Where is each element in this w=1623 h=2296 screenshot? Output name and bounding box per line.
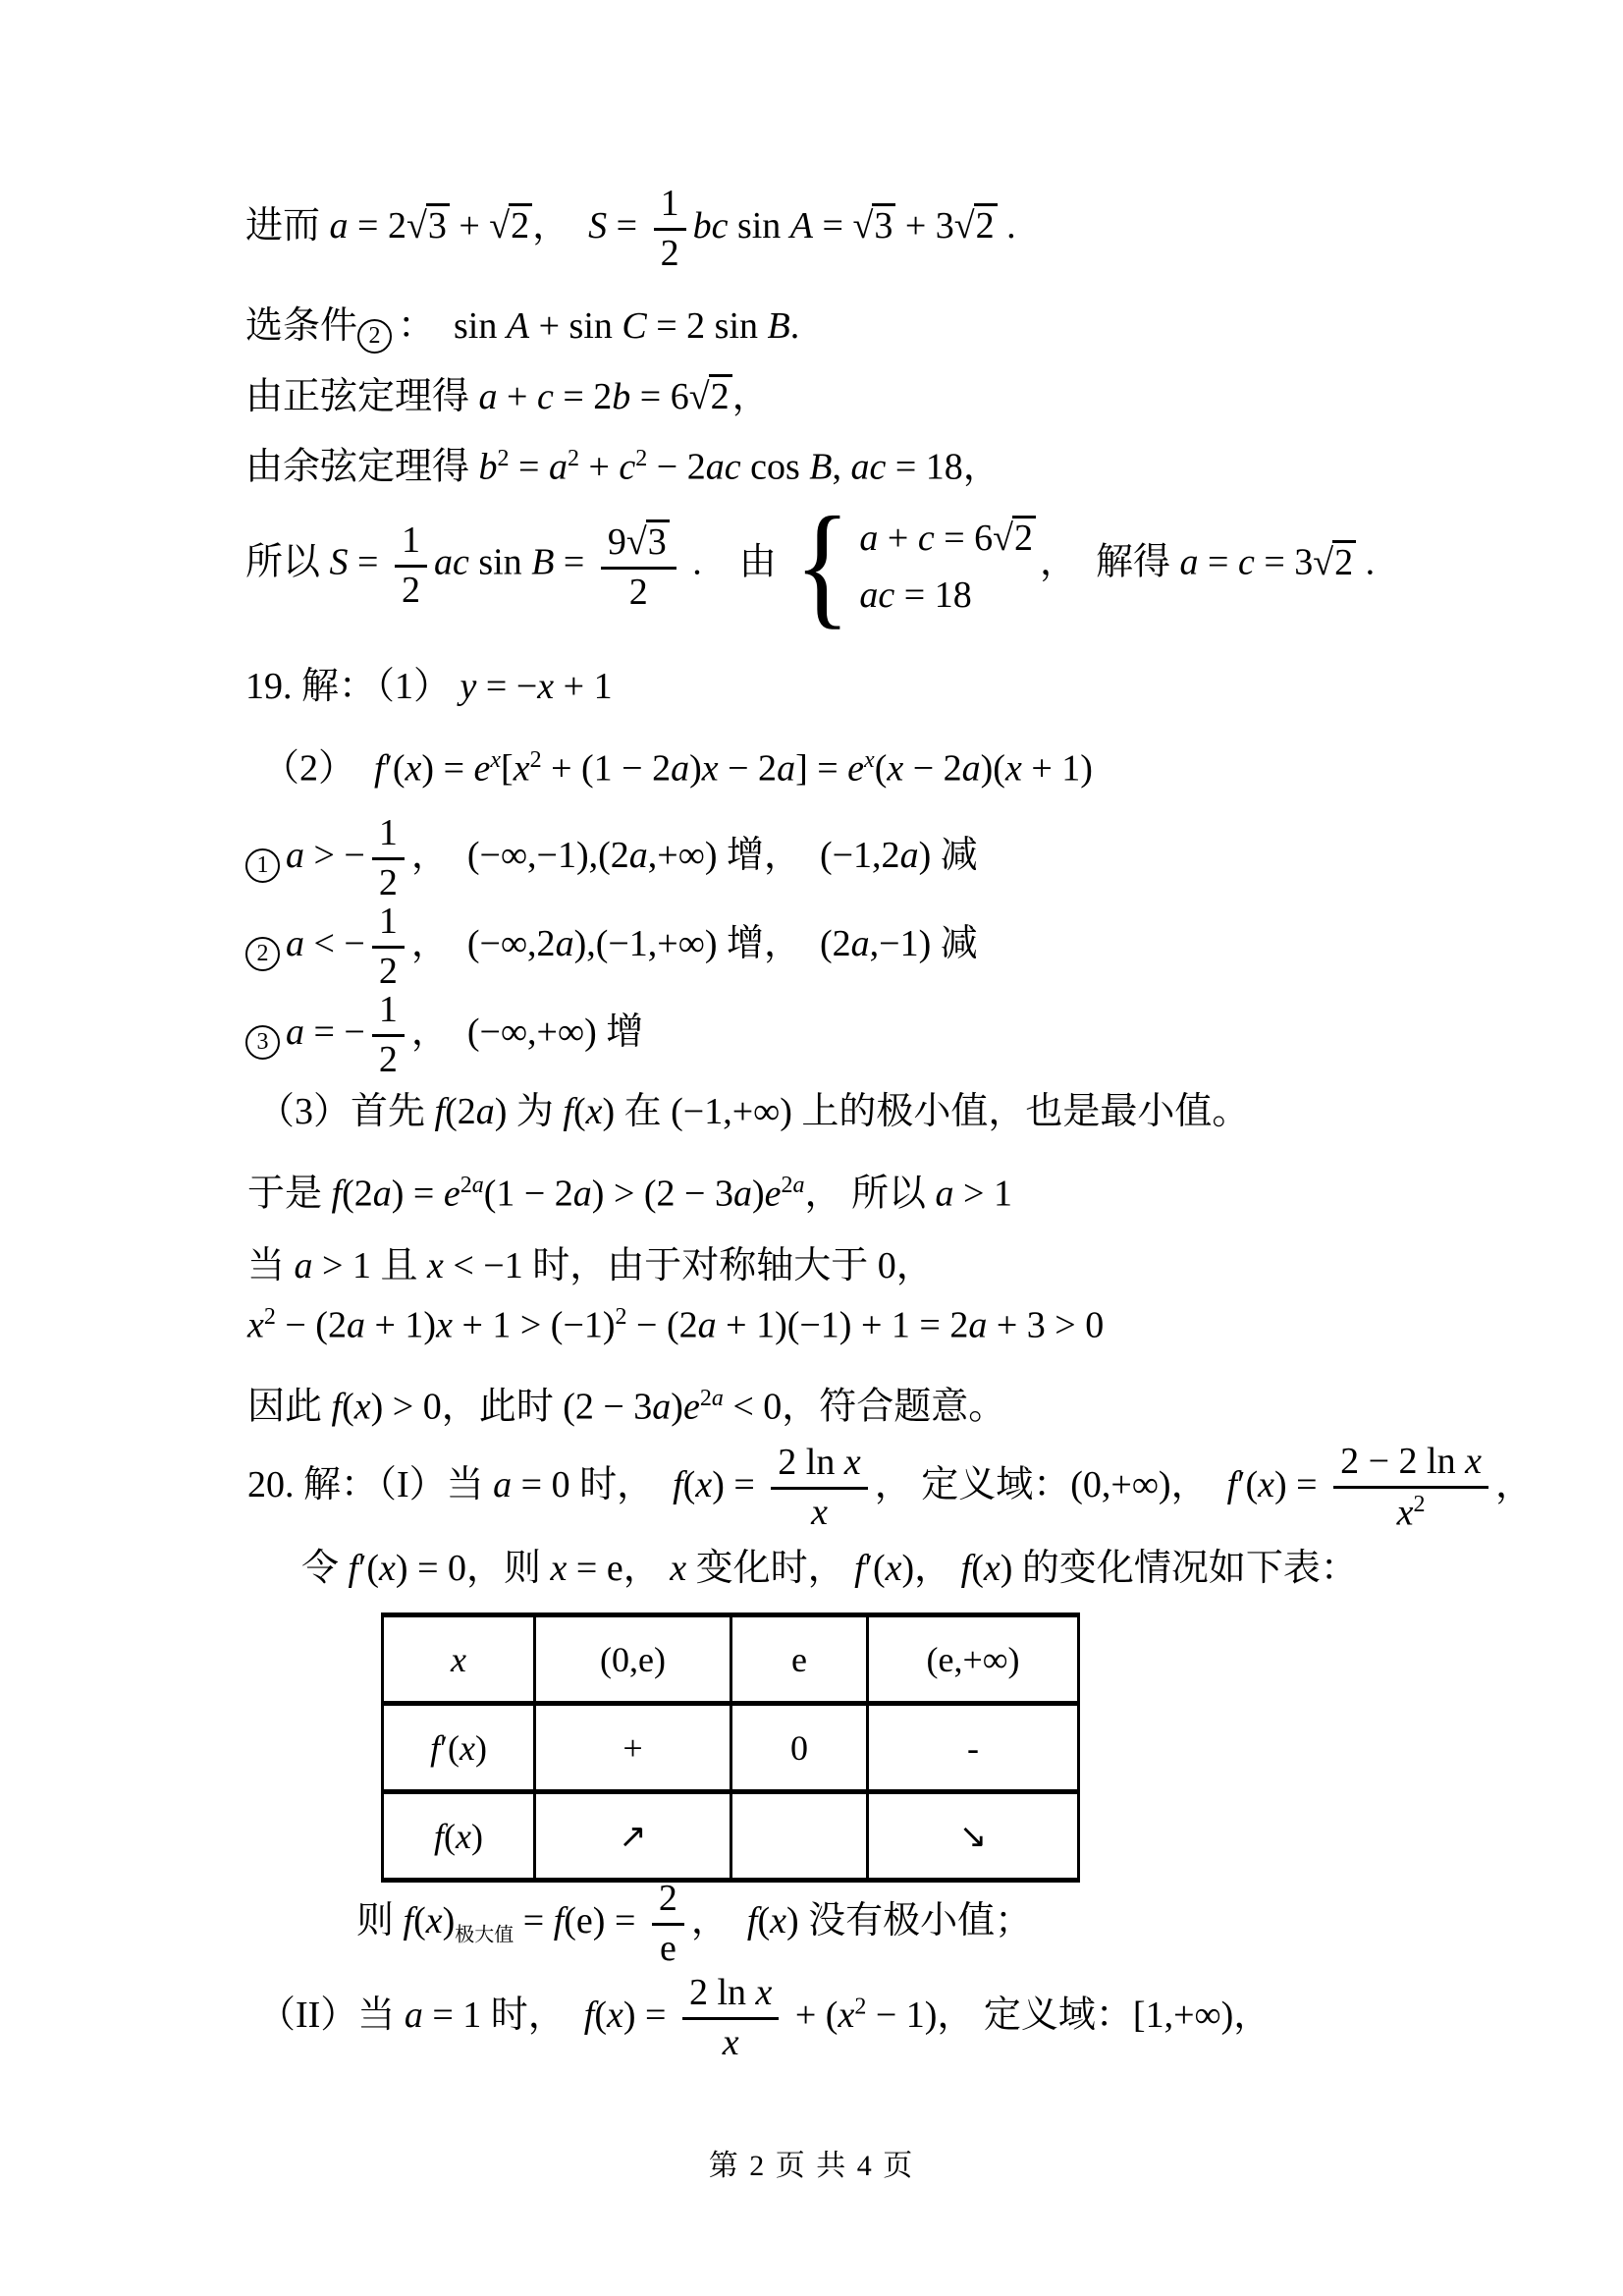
solution-line-15: 因此 f(x) > 0，此时 (2 − 3a)e2a < 0，符合题意。 bbox=[247, 1384, 1005, 1431]
math-text: ) bbox=[752, 1174, 765, 1215]
math-text: 2 bbox=[629, 572, 648, 613]
fraction-denominator: e bbox=[660, 1926, 676, 1969]
math-variable: e bbox=[444, 1174, 460, 1215]
math-text: = bbox=[607, 205, 646, 246]
math-text: + 3 > 0 bbox=[987, 1305, 1104, 1346]
fraction-denominator: 2 bbox=[379, 860, 398, 903]
math-text: = e， bbox=[567, 1548, 670, 1589]
fraction-numerator: 2 bbox=[652, 1880, 684, 1926]
math-text: 由余弦定理得 bbox=[245, 447, 479, 488]
math-text: (0,+∞) bbox=[1070, 1464, 1170, 1505]
math-text: = 6 bbox=[935, 518, 993, 559]
fraction: 12 bbox=[372, 814, 405, 903]
math-text: 2 ln bbox=[778, 1442, 844, 1483]
math-variable: a bbox=[476, 1091, 495, 1132]
math-text: 2 bbox=[976, 205, 995, 246]
math-superscript: 2 bbox=[568, 446, 579, 471]
math-variable: x bbox=[864, 747, 875, 773]
solution-line-12: 于是 f(2a) = e2a(1 − 2a) > (2 − 3a)e2a， 所以… bbox=[247, 1171, 1012, 1218]
circled-number: 2 bbox=[245, 937, 280, 971]
math-superscript: 2 bbox=[530, 747, 542, 773]
math-text: − 2 bbox=[647, 447, 705, 488]
solution-line-9-case-2: 2a < −12， (−∞,2a),(−1,+∞) 增， (2a,−1) 减 bbox=[245, 902, 978, 992]
math-variable: x bbox=[354, 1387, 371, 1428]
math-text: )( bbox=[981, 748, 1005, 790]
math-text: + sin bbox=[529, 305, 622, 347]
math-text: − 1)， 定义域：[1,+∞)， bbox=[866, 1995, 1271, 2036]
math-text: - bbox=[967, 1728, 979, 1768]
math-variable: f bbox=[563, 1091, 573, 1132]
math-variable: f bbox=[435, 1091, 446, 1132]
math-variable: x bbox=[586, 1091, 603, 1132]
fraction-denominator: 2 bbox=[661, 231, 679, 274]
solution-line-8-case-1: 1a > −12， (−∞,−1),(2a,+∞) 增， (−1,2a) 减 bbox=[245, 814, 978, 903]
math-text: 2 bbox=[782, 1173, 793, 1198]
math-text: 2 bbox=[700, 1386, 712, 1411]
math-text: 2 bbox=[854, 1994, 866, 2019]
math-text: ， 解得 bbox=[1040, 542, 1180, 583]
math-text: ) > (2 − 3 bbox=[592, 1174, 733, 1215]
math-variable: x bbox=[702, 748, 719, 790]
math-variable: a bbox=[472, 1173, 484, 1198]
table-cell-empty bbox=[731, 1792, 868, 1881]
math-variable: x bbox=[456, 1817, 471, 1856]
math-text: 2 bbox=[1334, 542, 1353, 583]
math-variable: ac bbox=[859, 574, 894, 616]
fraction-numerator: 2 ln x bbox=[682, 1974, 779, 2020]
math-text: ( bbox=[875, 748, 888, 790]
radicand: 2 bbox=[1332, 540, 1356, 583]
math-text: 2 bbox=[1014, 518, 1033, 559]
math-text: sin bbox=[469, 542, 531, 583]
math-text: (2 bbox=[445, 1091, 476, 1132]
math-variable: f bbox=[1227, 1464, 1238, 1505]
math-variable: x bbox=[1397, 1493, 1414, 1534]
math-variable: A bbox=[790, 205, 813, 246]
math-variable: x bbox=[756, 1972, 773, 2013]
radicand: 3 bbox=[646, 519, 670, 563]
math-text: 3 bbox=[874, 205, 893, 246]
math-text: < 0，符合题意。 bbox=[724, 1387, 1005, 1428]
math-text: ( bbox=[683, 1464, 696, 1505]
page-number-label: 第 2 页 共 4 页 bbox=[709, 2150, 915, 2182]
exam-solution-page: 进而 a = 2√3 + √2， S = 12bc sin A = √3 + 3… bbox=[0, 0, 1623, 2296]
math-variable: x bbox=[984, 1548, 1001, 1589]
fraction: 2 ln xx bbox=[771, 1444, 867, 1533]
math-text: 2 bbox=[1413, 1492, 1425, 1517]
math-text: . bbox=[1356, 542, 1375, 583]
square-root: √3 bbox=[852, 203, 895, 246]
math-text: ， 所以 bbox=[805, 1174, 936, 1215]
radical-sign-icon: √ bbox=[689, 378, 710, 415]
math-text: 令 bbox=[301, 1548, 349, 1589]
math-text: 极大值 bbox=[455, 1925, 514, 1946]
math-text: = bbox=[510, 447, 549, 488]
square-root: √2 bbox=[489, 203, 532, 246]
math-text: + bbox=[622, 1728, 642, 1768]
solution-line-18: 则 f(x)极大值 = f(e) = 2e， f(x) 没有极小值； bbox=[356, 1880, 1032, 1969]
fraction-denominator: x bbox=[811, 1490, 828, 1533]
fraction: 9√32 bbox=[601, 519, 676, 613]
math-variable: a bbox=[936, 1174, 954, 1215]
square-root: √2 bbox=[689, 374, 732, 417]
math-variable: a bbox=[962, 748, 981, 790]
math-subscript: 极大值 bbox=[455, 1925, 514, 1946]
math-text: + 1)(−1) + 1 = 2 bbox=[717, 1305, 969, 1346]
math-text: ( bbox=[971, 1548, 984, 1589]
math-text: + bbox=[498, 376, 537, 417]
math-variable: a bbox=[859, 518, 878, 559]
math-text: ， 定义域： bbox=[875, 1464, 1071, 1505]
math-text: 3 bbox=[428, 205, 447, 246]
radical-sign-icon: √ bbox=[626, 523, 647, 561]
math-text: sin bbox=[728, 205, 789, 246]
math-text: 2 bbox=[661, 233, 679, 274]
math-superscript: 2a bbox=[782, 1173, 805, 1198]
math-text: 9 bbox=[608, 521, 626, 563]
math-text: − (2 bbox=[627, 1305, 698, 1346]
solution-line-1: 进而 a = 2√3 + √2， S = 12bc sin A = √3 + 3… bbox=[245, 185, 1016, 274]
circled-number: 2 bbox=[357, 319, 392, 354]
math-variable: x bbox=[379, 1548, 396, 1589]
solution-line-6-problem-19: 19. 解：（1） y = −x + 1 bbox=[245, 664, 613, 711]
solution-line-4: 由余弦定理得 b2 = a2 + c2 − 2ac cos B, ac = 18… bbox=[245, 444, 1001, 491]
fraction: 2 − 2 ln xx2 bbox=[1333, 1443, 1488, 1533]
radical-sign-icon: √ bbox=[489, 207, 510, 245]
math-variable: ac bbox=[434, 542, 469, 583]
math-variable: a bbox=[347, 1305, 365, 1346]
math-text: ) 减 bbox=[919, 835, 978, 876]
math-text: ) = bbox=[623, 1995, 676, 2036]
math-text: 所以 bbox=[245, 542, 330, 583]
math-variable: x bbox=[1465, 1441, 1482, 1482]
fraction: 12 bbox=[395, 521, 427, 611]
math-text: < − bbox=[304, 923, 365, 964]
math-text: )， bbox=[902, 1548, 961, 1589]
math-variable: c bbox=[537, 376, 554, 417]
math-variable: f bbox=[961, 1548, 972, 1589]
math-text: ) = bbox=[1274, 1464, 1326, 1505]
math-text: 2 bbox=[379, 951, 398, 992]
math-variable: x bbox=[490, 747, 501, 773]
math-text: > 1 bbox=[954, 1174, 1012, 1215]
math-text: 由正弦定理得 bbox=[245, 376, 479, 417]
math-variable: f bbox=[404, 1900, 414, 1941]
math-text: > − bbox=[304, 835, 365, 876]
table-cell-sign-plus: + bbox=[535, 1704, 731, 1792]
math-variable: x bbox=[607, 1995, 623, 2036]
math-variable: e bbox=[847, 748, 864, 790]
fraction-numerator: 9√3 bbox=[601, 519, 676, 570]
math-text: ) = bbox=[421, 748, 473, 790]
square-root: √3 bbox=[406, 203, 450, 246]
math-text: + ( bbox=[785, 1995, 838, 2036]
math-variable: a bbox=[286, 923, 304, 964]
math-text: + (1 − 2 bbox=[542, 748, 672, 790]
math-variable: B bbox=[809, 447, 832, 488]
math-superscript: 2 bbox=[1413, 1492, 1425, 1517]
math-text: . bbox=[998, 205, 1016, 246]
math-text: 2 bbox=[616, 1304, 627, 1330]
math-variable: a bbox=[330, 205, 349, 246]
math-variable: f bbox=[747, 1900, 758, 1941]
solution-line-16-problem-20: 20. 解：（I）当 a = 0 时， f(x) = 2 ln xx， 定义域：… bbox=[247, 1443, 1533, 1533]
math-text: (e) = bbox=[564, 1900, 645, 1941]
math-text: ， (−∞,−1),(2 bbox=[411, 835, 629, 876]
fraction-denominator: x2 bbox=[1397, 1489, 1426, 1534]
math-text: ) 的变化情况如下表： bbox=[1001, 1548, 1358, 1589]
math-text: ) bbox=[689, 748, 702, 790]
math-variable: f bbox=[374, 748, 385, 790]
math-text: = bbox=[514, 1900, 553, 1941]
math-variable: a bbox=[286, 835, 304, 876]
math-variable: x bbox=[247, 1305, 264, 1346]
math-variable: x bbox=[451, 1640, 466, 1679]
math-text: . 由 bbox=[683, 542, 786, 583]
math-text: ,−1) 减 bbox=[870, 923, 978, 964]
math-text: ， bbox=[1495, 1464, 1533, 1505]
math-variable: x bbox=[426, 1900, 443, 1941]
radical-sign-icon: √ bbox=[993, 519, 1013, 557]
math-variable: c bbox=[619, 447, 635, 488]
circled-number: 1 bbox=[245, 848, 280, 883]
math-text: ) bbox=[475, 1728, 487, 1768]
math-variable: a bbox=[900, 835, 919, 876]
math-text: = 2 sin bbox=[647, 305, 768, 347]
math-text: + bbox=[450, 205, 489, 246]
math-variable: ac bbox=[850, 447, 886, 488]
math-text: ′( bbox=[865, 1548, 886, 1589]
math-variable: a bbox=[549, 447, 568, 488]
math-text: 变化时， bbox=[686, 1548, 854, 1589]
solution-line-19: （II）当 a = 1 时， f(x) = 2 ln xx + (x2 − 1)… bbox=[258, 1974, 1271, 2063]
square-root: √2 bbox=[1313, 540, 1356, 583]
math-variable: x bbox=[436, 1305, 453, 1346]
math-text: ) = 0，则 bbox=[396, 1548, 551, 1589]
math-variable: x bbox=[406, 748, 422, 790]
math-variable: f bbox=[554, 1900, 565, 1941]
table-cell-interval-2: (e,+∞) bbox=[868, 1615, 1079, 1704]
math-text: [ bbox=[501, 748, 514, 790]
math-text: 进而 bbox=[245, 205, 330, 246]
math-superscript: 2 bbox=[854, 1994, 866, 2019]
math-text: （2） bbox=[262, 748, 374, 790]
math-text: ) bbox=[443, 1900, 456, 1941]
math-text: = 2 bbox=[349, 205, 406, 246]
math-text: < −1 时，由于对称轴大于 0， bbox=[444, 1245, 934, 1286]
math-variable: a bbox=[295, 1245, 313, 1286]
fraction-numerator: 1 bbox=[372, 991, 405, 1037]
increase-arrow-icon: ↗ bbox=[535, 1792, 731, 1881]
math-text: ， bbox=[691, 1900, 747, 1941]
square-root: √2 bbox=[993, 516, 1036, 559]
math-variable: x bbox=[723, 2022, 739, 2063]
math-variable: S bbox=[588, 205, 607, 246]
math-text: (0,e) bbox=[600, 1640, 666, 1679]
math-variable: y bbox=[460, 666, 477, 707]
math-text: ,+∞) 增， (−1,2 bbox=[648, 835, 900, 876]
math-text: 则 bbox=[356, 1900, 404, 1941]
math-text: 1 bbox=[379, 901, 398, 942]
math-variable: b bbox=[612, 376, 630, 417]
math-text: ) 没有极小值； bbox=[786, 1900, 1032, 1941]
math-text: ： sin bbox=[398, 305, 507, 347]
math-superscript: 2a bbox=[460, 1173, 484, 1198]
math-variable: f bbox=[349, 1548, 359, 1589]
solution-line-2: 选条件2： sin A + sin C = 2 sin B. bbox=[245, 303, 799, 354]
math-variable: c bbox=[918, 518, 935, 559]
math-text: 2 − 2 ln bbox=[1340, 1441, 1465, 1482]
math-variable: x bbox=[838, 1995, 854, 2036]
math-text: ( bbox=[444, 1817, 456, 1856]
math-variable: a bbox=[493, 1464, 512, 1505]
fraction-numerator: 1 bbox=[395, 521, 427, 568]
solution-line-10-case-3: 3a = −12， (−∞,+∞) 增 bbox=[245, 991, 643, 1080]
radicand: 2 bbox=[974, 203, 998, 246]
square-root: √2 bbox=[954, 203, 998, 246]
radicand: 2 bbox=[709, 374, 732, 417]
math-text: + bbox=[878, 518, 917, 559]
radicand: 3 bbox=[426, 203, 450, 246]
math-text: 2 bbox=[379, 862, 398, 903]
math-variable: f bbox=[332, 1387, 343, 1428]
table-row-f-prime: f′(x) + 0 - bbox=[383, 1704, 1079, 1792]
math-variable: a bbox=[629, 835, 648, 876]
math-variable: x bbox=[886, 1548, 902, 1589]
math-variable: x bbox=[695, 1464, 712, 1505]
math-text: 0 bbox=[790, 1728, 808, 1768]
math-text: ) 为 bbox=[495, 1091, 564, 1132]
math-variable: C bbox=[622, 305, 646, 347]
math-text: (2 bbox=[342, 1174, 373, 1215]
math-text: 2 bbox=[530, 747, 542, 773]
math-text: cos bbox=[741, 447, 810, 488]
math-variable: a bbox=[286, 1011, 304, 1053]
math-text: = 18， bbox=[886, 447, 1000, 488]
math-variable: f bbox=[434, 1817, 444, 1856]
math-text: − (2 bbox=[276, 1305, 347, 1346]
math-text: ) 在 (−1,+∞) 上的极小值，也是最小值。 bbox=[602, 1091, 1249, 1132]
math-text: ) = bbox=[712, 1464, 764, 1505]
math-variable: x bbox=[811, 1492, 828, 1533]
math-superscript: 2 bbox=[616, 1304, 627, 1330]
math-variable: x bbox=[514, 748, 530, 790]
math-text: . bbox=[790, 305, 800, 347]
fraction-denominator: 2 bbox=[379, 949, 398, 992]
math-text: ( bbox=[413, 1900, 426, 1941]
math-text: ) bbox=[671, 1387, 683, 1428]
fraction-numerator: 1 bbox=[372, 814, 405, 860]
math-text: , bbox=[832, 447, 850, 488]
math-variable: x bbox=[460, 1728, 475, 1768]
math-text: + 1) bbox=[365, 1305, 436, 1346]
math-text: 2 bbox=[511, 205, 529, 246]
radicand: 3 bbox=[872, 203, 895, 246]
fraction-numerator: 2 − 2 ln x bbox=[1333, 1443, 1488, 1489]
solution-line-13: 当 a > 1 且 x < −1 时，由于对称轴大于 0， bbox=[247, 1243, 934, 1290]
math-text: ),(−1,+∞) 增， (2 bbox=[574, 923, 851, 964]
math-variable: x bbox=[670, 1548, 686, 1589]
math-variable: a bbox=[652, 1387, 671, 1428]
math-text: − 2 bbox=[903, 748, 961, 790]
table-cell-x-label: x bbox=[383, 1615, 535, 1704]
math-text: = − bbox=[304, 1011, 365, 1053]
fraction: 12 bbox=[372, 991, 405, 1080]
math-text: ， bbox=[1171, 1464, 1227, 1505]
page-footer: 第 2 页 共 4 页 bbox=[0, 2141, 1623, 2184]
math-text: = 3 bbox=[1255, 542, 1313, 583]
math-text: ′( bbox=[385, 748, 406, 790]
math-text: = bbox=[349, 542, 388, 583]
math-variable: ac bbox=[706, 447, 741, 488]
math-variable: x bbox=[1258, 1464, 1274, 1505]
math-text: ， bbox=[532, 205, 588, 246]
math-variable: B bbox=[768, 305, 790, 347]
fraction: 12 bbox=[372, 902, 405, 992]
math-text: ( bbox=[757, 1900, 770, 1941]
math-variable: e bbox=[765, 1174, 782, 1215]
math-variable: x bbox=[537, 666, 554, 707]
math-superscript: x bbox=[864, 747, 875, 773]
math-text: + bbox=[579, 447, 619, 488]
math-text: 1 bbox=[661, 183, 679, 224]
math-text: e bbox=[660, 1928, 676, 1969]
solution-line-14: x2 − (2a + 1)x + 1 > (−1)2 − (2a + 1)(−1… bbox=[247, 1302, 1104, 1349]
math-text: ↘ bbox=[959, 1817, 988, 1856]
math-text: ) = bbox=[392, 1174, 444, 1215]
math-text: 2 bbox=[379, 1039, 398, 1080]
table-cell-fprime-label: f′(x) bbox=[383, 1704, 535, 1792]
math-text: ， bbox=[732, 376, 770, 417]
table-row-f: f(x) ↗ ↘ bbox=[383, 1792, 1079, 1881]
math-variable: a bbox=[671, 748, 689, 790]
fraction-denominator: 2 bbox=[629, 570, 648, 613]
solution-line-17: 令 f′(x) = 0，则 x = e， x 变化时， f′(x)， f(x) … bbox=[301, 1546, 1358, 1593]
math-text: （3）首先 bbox=[257, 1091, 435, 1132]
math-text: ， (−∞,+∞) 增 bbox=[411, 1011, 643, 1053]
table-cell-sign-zero: 0 bbox=[731, 1704, 868, 1792]
math-text: 2 bbox=[568, 446, 579, 471]
math-text: = 2 bbox=[554, 376, 612, 417]
radicand: 2 bbox=[1012, 516, 1036, 559]
math-text: 因此 bbox=[247, 1387, 332, 1428]
decrease-arrow-icon: ↘ bbox=[868, 1792, 1079, 1881]
math-text: （II）当 bbox=[258, 1995, 405, 2036]
math-superscript: 2a bbox=[700, 1386, 724, 1411]
math-text: 2 bbox=[498, 446, 510, 471]
math-text: 3 bbox=[648, 521, 667, 563]
math-variable: f bbox=[854, 1548, 865, 1589]
math-variable: x bbox=[770, 1900, 786, 1941]
math-variable: f bbox=[673, 1464, 683, 1505]
math-superscript: 2 bbox=[635, 446, 647, 471]
math-text: e bbox=[791, 1640, 807, 1679]
solution-line-5: 所以 S = 12ac sin B = 9√32 . 由 {a + c = 6√… bbox=[245, 511, 1375, 621]
fraction-denominator: 2 bbox=[402, 568, 420, 611]
math-text: 2 bbox=[402, 570, 420, 611]
math-text: = 18 bbox=[894, 574, 971, 616]
math-variable: f bbox=[430, 1728, 440, 1768]
math-variable: e bbox=[474, 748, 491, 790]
fraction-numerator: 1 bbox=[654, 185, 686, 231]
math-text: 选条件 bbox=[245, 305, 357, 347]
fraction: 12 bbox=[654, 185, 686, 274]
math-text: ′( bbox=[1237, 1464, 1258, 1505]
fraction-denominator: x bbox=[723, 2020, 739, 2063]
math-variable: b bbox=[479, 447, 498, 488]
math-text: 1 bbox=[379, 812, 398, 853]
math-superscript: x bbox=[490, 747, 501, 773]
